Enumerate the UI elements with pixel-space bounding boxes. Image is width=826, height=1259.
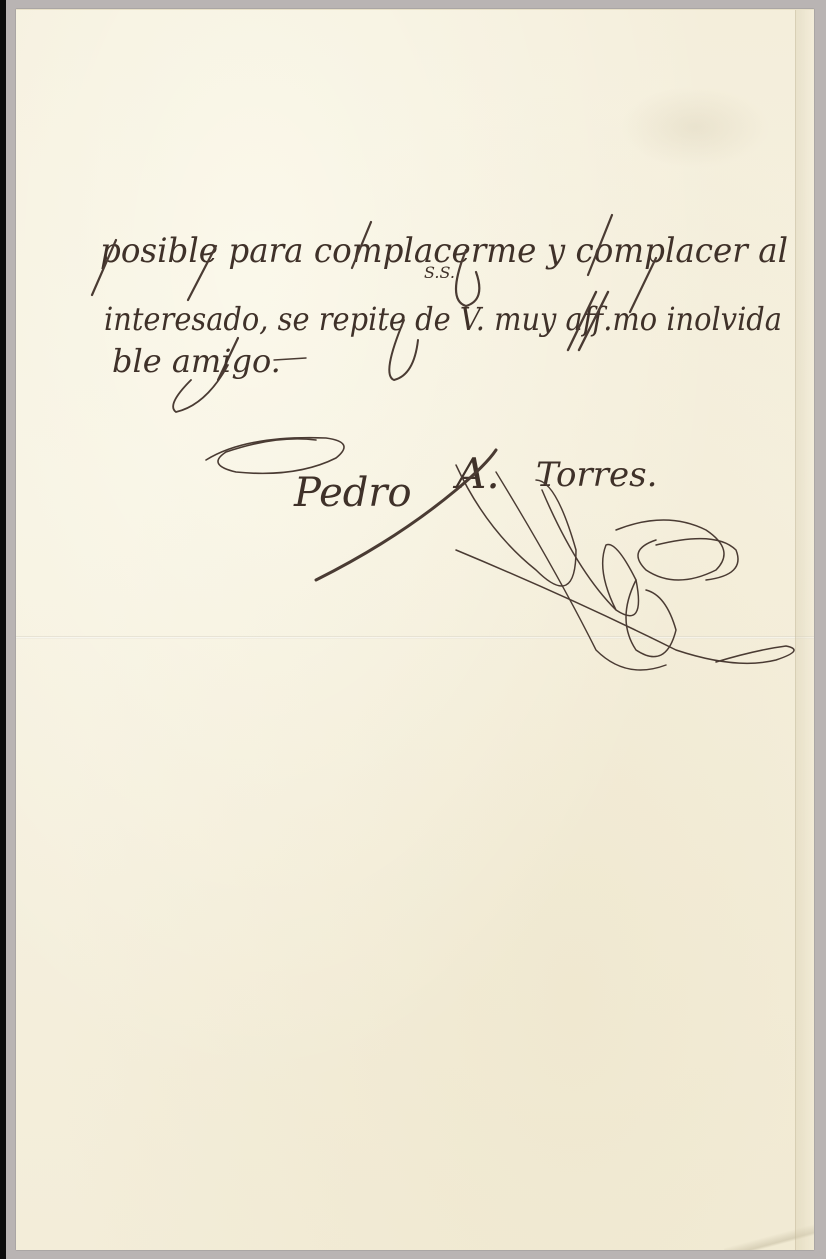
- scan-border: [0, 0, 6, 1259]
- superscript-ss: S.S.: [424, 263, 455, 282]
- letter-line-3: ble amigo.: [112, 342, 281, 380]
- letter-sheet: posible para complacerme y complacer al …: [16, 9, 814, 1250]
- signature-first-name: Pedro: [293, 470, 412, 516]
- handwriting-area: posible para complacerme y complacer al …: [16, 10, 814, 1250]
- handwriting-strokes: posible para complacerme y complacer al …: [16, 10, 814, 1250]
- letter-line-2: interesado, se repite de V. muy aff.mo i…: [104, 300, 782, 338]
- signature-last-name: Torres.: [536, 455, 657, 495]
